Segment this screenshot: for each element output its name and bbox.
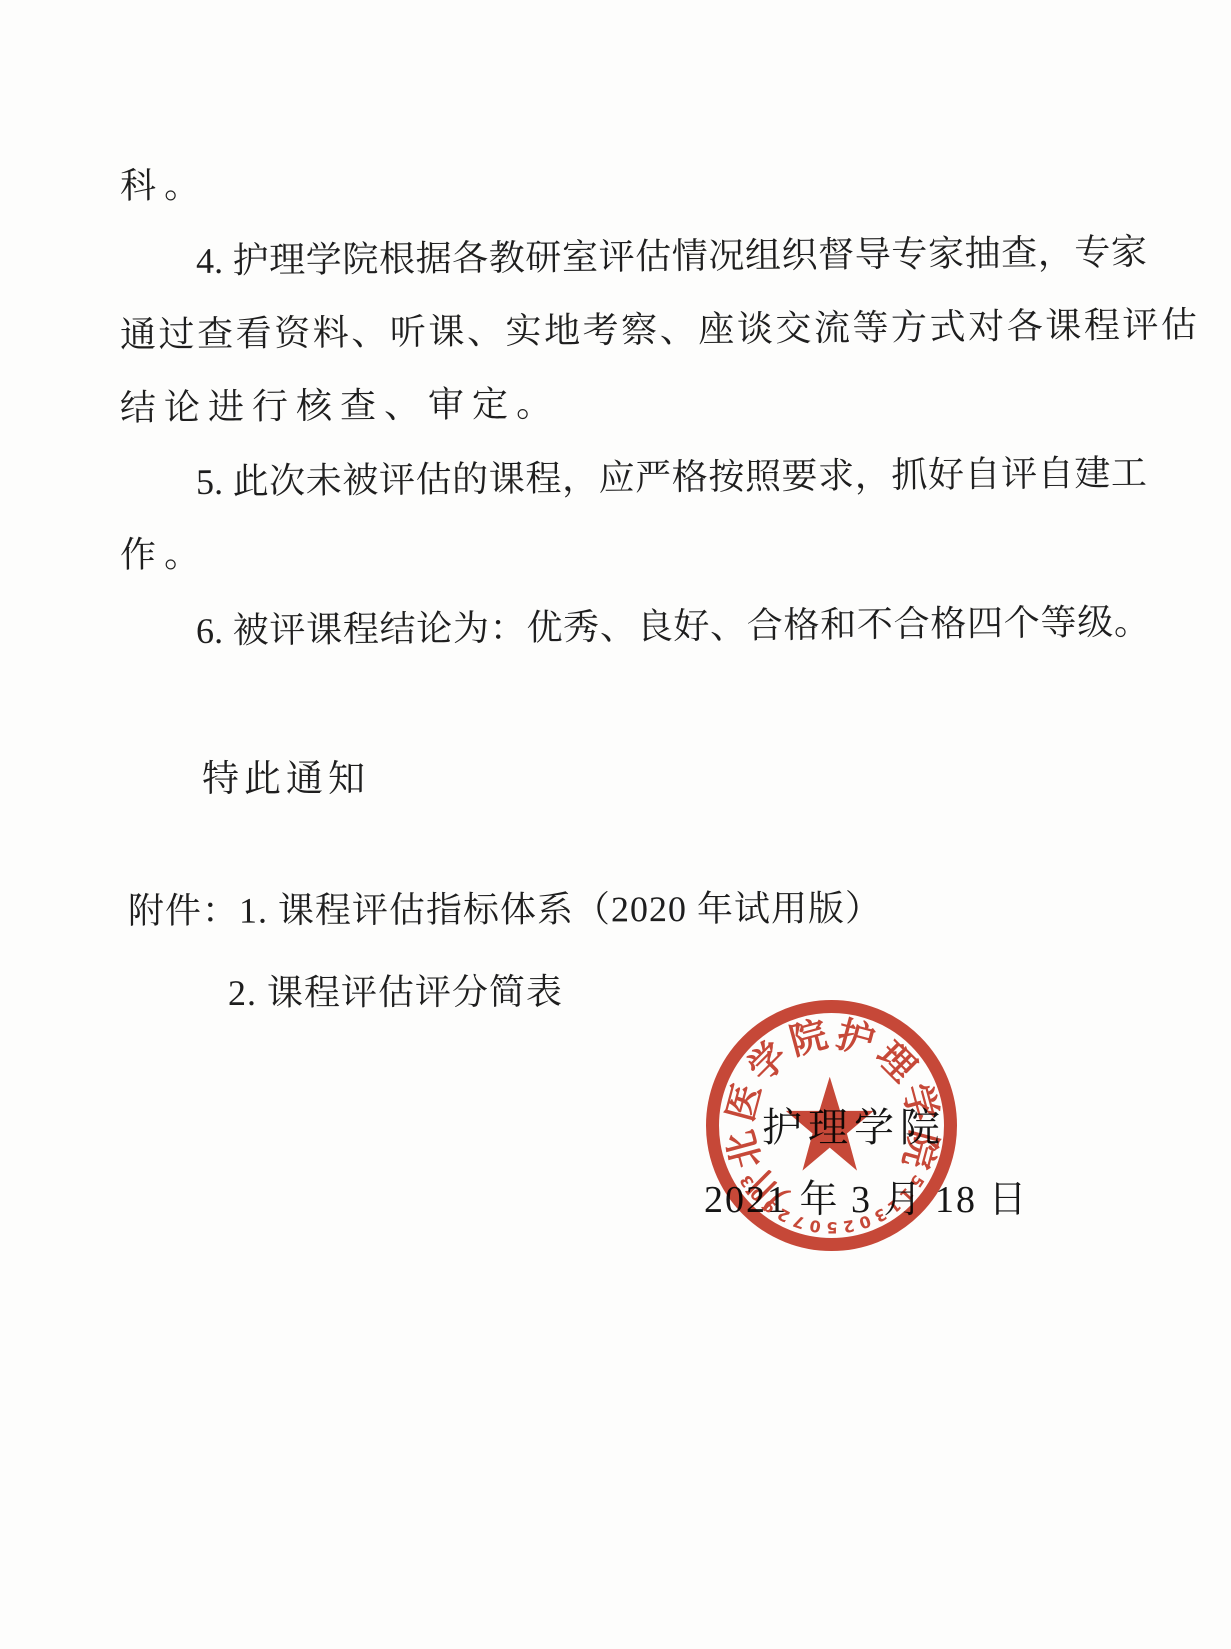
body-line-1: 科。 — [120, 165, 208, 206]
scanned-notice-page: 科。 4. 护理学院根据各教研室评估情况组织督导专家抽查，专家 通过查看资料、听… — [0, 0, 1231, 1649]
seal-serial-digit: 5 — [826, 1219, 837, 1235]
body-line-3: 通过查看资料、听课、实地考察、座谈交流等方式对各课程评估 — [120, 305, 1197, 356]
official-seal: 川北医学院护理学院 5113025072903 — [706, 1000, 957, 1251]
seal-serial-digit: 2 — [841, 1216, 855, 1234]
body-line-7: 6. 被评课程结论为：优秀、良好、合格和不合格四个等级。 — [196, 602, 1150, 651]
attachment-line-1: 附件：1. 课程评估指标体系（2020 年试用版） — [128, 880, 882, 934]
seal-serial-digit: 0 — [808, 1216, 822, 1234]
closing-line: 特此通知 — [202, 748, 370, 802]
attachment-line-2: 2. 课程评估评分简表 — [228, 964, 563, 1016]
body-line-2: 4. 护理学院根据各教研室评估情况组织督导专家抽查，专家 — [196, 232, 1147, 281]
body-line-5: 5. 此次未被评估的课程，应严格按照要求，抓好自评自建工 — [196, 453, 1147, 502]
body-line-4: 结论进行核查、审定。 — [120, 384, 560, 429]
body-line-6: 作。 — [120, 534, 208, 575]
